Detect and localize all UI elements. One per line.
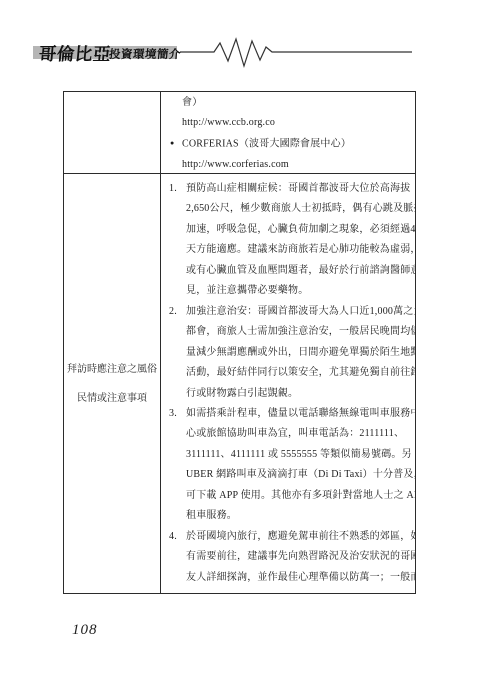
item-text-line: 3111111、4111111 或 5555555 等類似簡易號碼。另 [186, 445, 411, 465]
info-table: 會）http://www.ccb.org.co●CORFERIAS（波哥大國際會… [63, 91, 416, 594]
line-text: 會） [182, 97, 202, 108]
numbered-list-item: 3.如需搭乘計程車，儘量以電話聯絡無線電叫車服務中心或旅館協助叫車為宜，叫車電話… [169, 404, 411, 527]
row-label-cell-empty [64, 92, 161, 173]
document-page: 哥倫比亞 投資環境簡介 會）http://www.ccb.org.co●CORF… [0, 0, 480, 679]
item-number: 3. [169, 404, 186, 424]
row-label-line: 拜訪時應注意之風俗 [67, 355, 157, 384]
text-line: 會） [170, 93, 411, 113]
item-text-line: 於哥國境內旅行，應避免駕車前往不熟悉的郊區，如 [186, 527, 411, 547]
item-text-lines: 預防高山症相關症候：哥國首都波哥大位於高海拔2,650公尺，極少數商旅人士初抵時… [186, 179, 411, 302]
item-text-line: 或有心臟血管及血壓問題者，最好於行前諮詢醫師意 [186, 261, 411, 281]
item-text-line: 心或旅館協助叫車為宜，叫車電話為：2111111、 [186, 424, 411, 444]
item-number: 4. [169, 527, 186, 547]
row-content-customs: 1.預防高山症相關症候：哥國首都波哥大位於高海拔2,650公尺，極少數商旅人士初… [161, 174, 415, 593]
row-label-line: 民情或注意事項 [77, 384, 147, 413]
website-url: http://www.ccb.org.co [170, 113, 411, 133]
item-text-line: UBER 網路叫車及滴滴打車（Di Di Taxi）十分普及， [186, 465, 411, 485]
page-header: 哥倫比亞 投資環境簡介 [0, 0, 480, 72]
item-text-line: 友人詳細探詢，並作最佳心理準備以防萬一；一般而 [186, 568, 411, 588]
item-number: 2. [169, 302, 186, 322]
item-text-line: 活動，最好結伴同行以策安全，尤其避免獨自前往銀 [186, 363, 411, 383]
bullet-list-item: ●CORFERIAS（波哥大國際會展中心） [170, 133, 411, 155]
item-text-line: 租車服務。 [186, 506, 411, 526]
table-row-websites: 會）http://www.ccb.org.co●CORFERIAS（波哥大國際會… [64, 92, 415, 174]
item-text-line: 見，並注意攜帶必要藥物。 [186, 281, 411, 301]
table-row-customs: 拜訪時應注意之風俗民情或注意事項 1.預防高山症相關症候：哥國首都波哥大位於高海… [64, 174, 415, 593]
numbered-list-item: 4.於哥國境內旅行，應避免駕車前往不熟悉的郊區，如有需要前往，建議事先向熟習路況… [169, 527, 411, 588]
numbered-list-item: 2.加強注意治安：哥國首都波哥大為人口近1,000萬之大都會，商旅人士需加強注意… [169, 302, 411, 404]
row-label-customs: 拜訪時應注意之風俗民情或注意事項 [64, 174, 161, 593]
item-text-line: 如需搭乘計程車，儘量以電話聯絡無線電叫車服務中 [186, 404, 411, 424]
line-text: http://www.corferias.com [182, 159, 289, 170]
item-text-line: 量減少無謂應酬或外出，日間亦避免單獨於陌生地點 [186, 343, 411, 363]
item-text-line: 可下載 APP 使用。其他亦有多項針對當地人士之 APP [186, 486, 411, 506]
item-text-line: 2,650公尺，極少數商旅人士初抵時，偶有心跳及脈搏 [186, 199, 411, 219]
numbered-list-item: 1.預防高山症相關症候：哥國首都波哥大位於高海拔2,650公尺，極少數商旅人士初… [169, 179, 411, 302]
heartbeat-zigzag-line-icon [180, 36, 412, 70]
item-text-lines: 如需搭乘計程車，儘量以電話聯絡無線電叫車服務中心或旅館協助叫車為宜，叫車電話為：… [186, 404, 411, 527]
item-number: 1. [169, 179, 186, 199]
page-number: 108 [72, 622, 98, 639]
item-text-lines: 加強注意治安：哥國首都波哥大為人口近1,000萬之大都會，商旅人士需加強注意治安… [186, 302, 411, 404]
row-content-websites: 會）http://www.ccb.org.co●CORFERIAS（波哥大國際會… [161, 92, 415, 173]
item-text-line: 加強注意治安：哥國首都波哥大為人口近1,000萬之大 [186, 302, 411, 322]
item-text-line: 都會，商旅人士需加強注意治安，一般居民晚間均儘 [186, 322, 411, 342]
line-text: CORFERIAS（波哥大國際會展中心） [182, 139, 351, 150]
item-text-line: 加速，呼吸急促，心臟負荷加劇之現象，必須經過4-5 [186, 220, 411, 240]
item-text-line: 預防高山症相關症候：哥國首都波哥大位於高海拔 [186, 179, 411, 199]
website-url: http://www.corferias.com [170, 155, 411, 174]
item-text-line: 行或財物露白引起覬覦。 [186, 384, 411, 404]
page-title-sub: 投資環境簡介 [108, 46, 181, 62]
item-text-line: 有需要前往，建議事先向熟習路況及治安狀況的哥國 [186, 547, 411, 567]
bullet-icon: ● [170, 133, 182, 153]
item-text-line: 天方能適應。建議來訪商旅若是心肺功能較為虛弱， [186, 240, 411, 260]
item-text-lines: 於哥國境內旅行，應避免駕車前往不熟悉的郊區，如有需要前往，建議事先向熟習路況及治… [186, 527, 411, 588]
line-text: http://www.ccb.org.co [182, 117, 275, 128]
page-title-main: 哥倫比亞 [38, 41, 112, 66]
